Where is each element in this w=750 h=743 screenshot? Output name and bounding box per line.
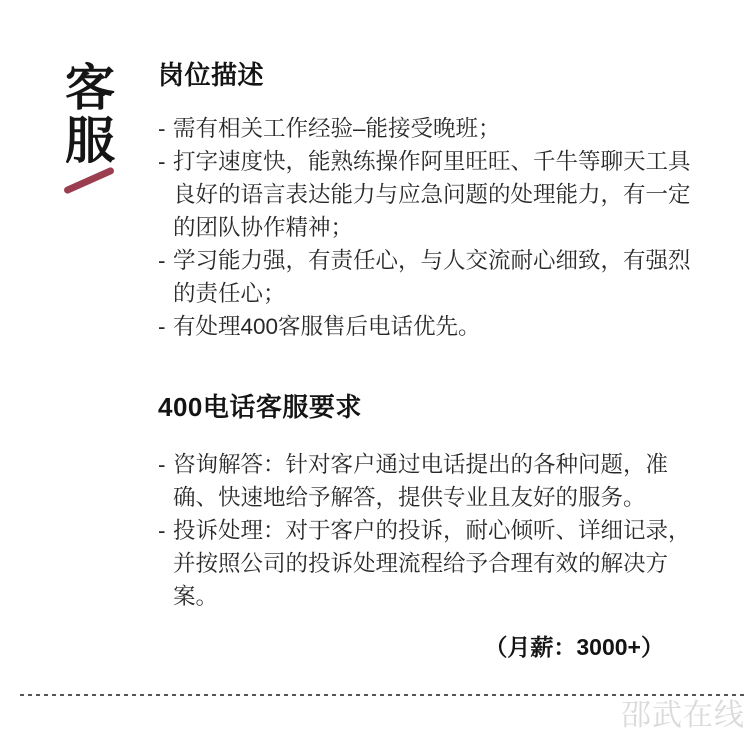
watermark: 邵武在线 [621, 700, 745, 732]
bullet-item: - 打字速度快，能熟练操作阿里旺旺、千牛等聊天工具 良好的语言表达能力与应急问题… [158, 145, 706, 244]
bullet-line: 确、快速地给予解答，提供专业且友好的服务。 [173, 481, 668, 514]
bullet-item: - 投诉处理：对于客户的投诉，耐心倾听、详细记录， 并按照公司的投诉处理流程给予… [158, 514, 706, 613]
dashed-divider [20, 694, 746, 696]
bullet-item: - 有处理400客服售后电话优先。 [158, 310, 706, 343]
bullet-line: 学习能力强，有责任心，与人交流耐心细致，有强烈 [173, 244, 691, 277]
bullet-marker: - [158, 145, 173, 244]
bullet-line: 投诉处理：对于客户的投诉，耐心倾听、详细记录， [173, 514, 691, 547]
bullet-marker: - [158, 112, 173, 145]
bullet-list: - 需有相关工作经验–能接受晚班； - 打字速度快，能熟练操作阿里旺旺、千牛等聊… [158, 112, 706, 343]
salary-note: （月薪：3000+） [158, 633, 706, 661]
bullet-line: 并按照公司的投诉处理流程给予合理有效的解决方 [173, 547, 691, 580]
section-title-job-description: 岗位描述 [158, 60, 706, 90]
bullet-line: 良好的语言表达能力与应急问题的处理能力，有一定 [173, 178, 691, 211]
section-job-description: 岗位描述 - 需有相关工作经验–能接受晚班； - 打字速度快，能熟练操作阿里旺旺… [158, 60, 706, 343]
bullet-line: 咨询解答：针对客户通过电话提出的各种问题，准 [173, 448, 668, 481]
bullet-item: - 学习能力强，有责任心，与人交流耐心细致，有强烈 的责任心； [158, 244, 706, 310]
bullet-line: 案。 [173, 580, 691, 613]
bullet-list: - 咨询解答：针对客户通过电话提出的各种问题，准 确、快速地给予解答，提供专业且… [158, 448, 706, 613]
bullet-marker: - [158, 514, 173, 613]
job-posting-page: 客 服 岗位描述 - 需有相关工作经验–能接受晚班； - 打字速度快，能熟练操作… [0, 0, 750, 743]
bullet-line: 需有相关工作经验–能接受晚班； [173, 112, 501, 145]
job-title-char-1: 客 [61, 62, 119, 115]
bullet-line: 有处理400客服售后电话优先。 [173, 310, 481, 343]
job-title-char-2: 服 [61, 115, 119, 168]
bullet-item: - 需有相关工作经验–能接受晚班； [158, 112, 706, 145]
bullet-line: 的责任心； [173, 277, 691, 310]
bullet-line: 打字速度快，能熟练操作阿里旺旺、千牛等聊天工具 [173, 145, 691, 178]
bullet-line: 的团队协作精神； [173, 211, 691, 244]
content-column: 岗位描述 - 需有相关工作经验–能接受晚班； - 打字速度快，能熟练操作阿里旺旺… [158, 60, 706, 661]
section-400-hotline-requirements: 400电话客服要求 - 咨询解答：针对客户通过电话提出的各种问题，准 确、快速地… [158, 392, 706, 613]
section-title-400-hotline: 400电话客服要求 [158, 392, 706, 422]
bullet-marker: - [158, 310, 173, 343]
bullet-item: - 咨询解答：针对客户通过电话提出的各种问题，准 确、快速地给予解答，提供专业且… [158, 448, 706, 514]
bullet-marker: - [158, 448, 173, 514]
job-title-vertical: 客 服 [61, 62, 119, 168]
brush-stroke-accent [63, 166, 115, 194]
bullet-marker: - [158, 244, 173, 310]
